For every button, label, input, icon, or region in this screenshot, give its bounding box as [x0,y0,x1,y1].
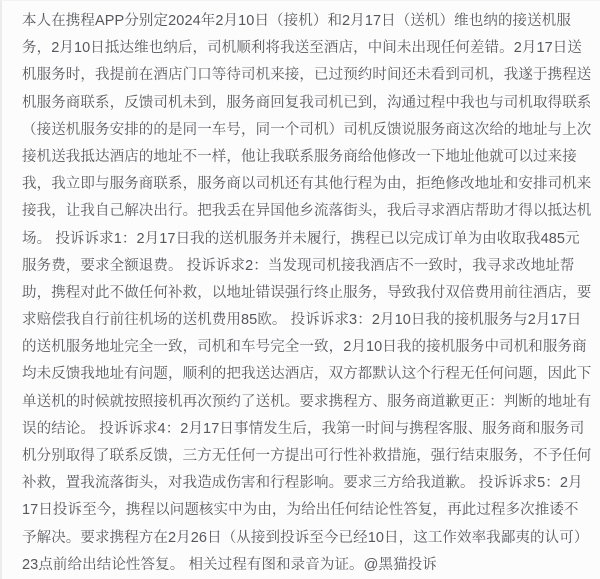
text-line: 求赔偿我自行前往机场的送机费用85欧。 投诉诉求3：2月10日我的接机服务与2月… [22,307,580,334]
text-line: 场。 投诉诉求1：2月17日我的送机服务并未履行，携程已以完成订单为由收取我48… [22,226,580,253]
text-line: 的送机服务地址完全一致，司机和车号完全一致，2月10日我的接机服务中司机和服务商 [22,334,580,361]
text-line: 予解决。要求携程方在2月26日（从接到投诉至今已经10日，这工作效率我鄙夷的认可… [22,525,580,552]
text-line: 接我，让我自己解决出行。把我丢在异国他乡流落街头，我后寻求酒店帮助才得以抵达机 [22,198,580,225]
text-line: 均未反馈我地址有问题，顺利的把我送达酒店，双方都默认这个行程无任何问题，因此下 [22,361,580,388]
text-line: 机服务时，我提前在酒店门口等待司机来接，已过预约时间还未看到司机，我遂于携程送 [22,62,580,89]
text-line: 机分别取得了联系反馈，三方无任何一方提出可行性补救措施，强行结束服务，不予任何 [22,443,580,470]
text-line: 我，我立即与服务商联系，服务商以司机还有其他行程为由，拒绝修改地址和安排司机来 [22,171,580,198]
mention-heimao-tousu: @黑猫投诉 [364,557,437,573]
text-line-last: 23点前给出结论性答复。 相关过程有图和录音为证。@黑猫投诉 [22,552,580,579]
text-line-last-text: 23点前给出结论性答复。 相关过程有图和录音为证。 [22,557,364,573]
text-line: 单送机的时候就按照接机再次预约了送机。要求携程方、服务商道歉更正：判断的地址有 [22,389,580,416]
text-line: 务，2月10日抵达维也纳后，司机顺利将我送至酒店，中间未出现任何差错。2月17日… [22,35,580,62]
complaint-post-text: 本人在携程APP分别定2024年2月10日（接机）和2月17日（送机）维也纳的接… [0,0,600,579]
text-line: 误的结论。 投诉诉求4：2月17日事情发生后，我第一时间与携程客服、服务商和服务… [22,416,580,443]
text-line: 服务费，要求全额退费。 投诉诉求2：当发现司机接我酒店不一致时，我寻求改地址帮 [22,253,580,280]
text-line: 机服务商联系，反馈司机未到，服务商回复我司机已到，沟通过程中我也与司机取得联系 [22,90,580,117]
text-line: 本人在携程APP分别定2024年2月10日（接机）和2月17日（送机）维也纳的接… [22,8,580,35]
text-line: （接送机服务安排的的是同一车号，同一个司机）司机反馈说服务商这次给的地址与上次 [22,117,580,144]
text-line: 助，携程对此不做任何补救，以地址错误强行终止服务，导致我付双倍费用前往酒店，要 [22,280,580,307]
text-line: 17日投诉至今，携程以问题核实中为由，为给出任何结论性答复，再此过程多次推诿不 [22,497,580,524]
text-line: 补救，置我流落街头，对我造成伤害和行程影响。要求三方给我道歉。 投诉诉求5：2月 [22,470,580,497]
text-line: 接机送我抵达酒店的地址不一样，他让我联系服务商给他修改一下地址他就可以过来接 [22,144,580,171]
